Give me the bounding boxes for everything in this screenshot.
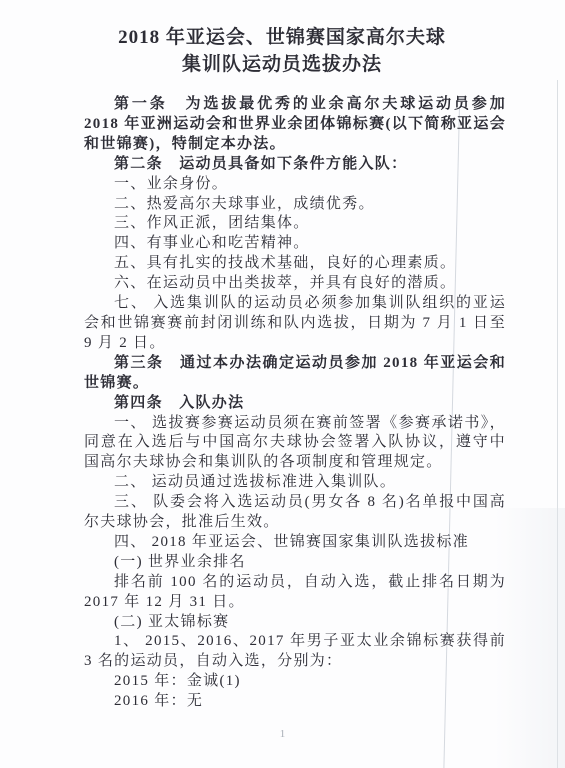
paragraph: 四、有事业心和吃苦精神。 xyxy=(84,234,506,254)
page-number: 1 xyxy=(0,728,565,740)
paragraph: 第二条 运动员具备如下条件方能入队： xyxy=(84,155,506,175)
paragraph: 六、在运动员中出类拔萃，并具有良好的潜质。 xyxy=(84,274,506,294)
paragraph: (一) 世界业余排名 xyxy=(84,553,506,573)
paragraph: (二) 亚太锦标赛 xyxy=(84,613,506,633)
paragraph: 1、 2015、2016、2017 年男子亚太业余锦标赛获得前 3 名的运动员，… xyxy=(84,632,506,672)
paragraph: 四、 2018 年亚运会、世锦赛国家集训队选拔标准 xyxy=(84,533,506,553)
document-title: 2018 年亚运会、世锦赛国家高尔夫球 集训队运动员选拔办法 xyxy=(70,24,494,78)
paragraph: 第三条 通过本办法确定运动员参加 2018 年亚运会和世锦赛。 xyxy=(84,354,506,394)
paragraph: 一、 选拔赛参赛运动员须在赛前签署《参赛承诺书》，同意在入选后与中国高尔夫球协会… xyxy=(84,414,506,474)
document-title-line-2: 集训队运动员选拔办法 xyxy=(70,51,494,78)
paragraph: 七、 入选集训队的运动员必须参加集训队组织的亚运会和世锦赛赛前封闭训练和队内选拔… xyxy=(84,294,506,354)
paragraph: 2016 年：无 xyxy=(84,692,506,712)
paragraph: 一、业余身份。 xyxy=(84,175,506,195)
scanned-document-page: 2018 年亚运会、世锦赛国家高尔夫球 集训队运动员选拔办法 第一条 为选拔最优… xyxy=(0,0,565,768)
paragraph: 五、具有扎实的技战术基础，良好的心理素质。 xyxy=(84,254,506,274)
paragraph: 三、 队委会将入选运动员(男女各 8 名)名单报中国高尔夫球协会，批准后生效。 xyxy=(84,493,506,533)
paragraph: 2015 年：金诚(1) xyxy=(84,672,506,692)
document-body: 第一条 为选拔最优秀的业余高尔夫球运动员参加 2018 年亚洲运动会和世界业余团… xyxy=(84,95,506,712)
paragraph: 第四条 入队办法 xyxy=(84,394,506,414)
paragraph: 二、 运动员通过选拔标准进入集训队。 xyxy=(84,473,506,493)
paragraph: 二、热爱高尔夫球事业，成绩优秀。 xyxy=(84,195,506,215)
scan-edge-line xyxy=(557,80,558,768)
paragraph: 排名前 100 名的运动员，自动入选，截止排名日期为 2017 年 12 月 3… xyxy=(84,573,506,613)
document-title-line-1: 2018 年亚运会、世锦赛国家高尔夫球 xyxy=(70,24,494,51)
paragraph: 三、作风正派，团结集体。 xyxy=(84,214,506,234)
paragraph: 第一条 为选拔最优秀的业余高尔夫球运动员参加 2018 年亚洲运动会和世界业余团… xyxy=(84,95,506,155)
